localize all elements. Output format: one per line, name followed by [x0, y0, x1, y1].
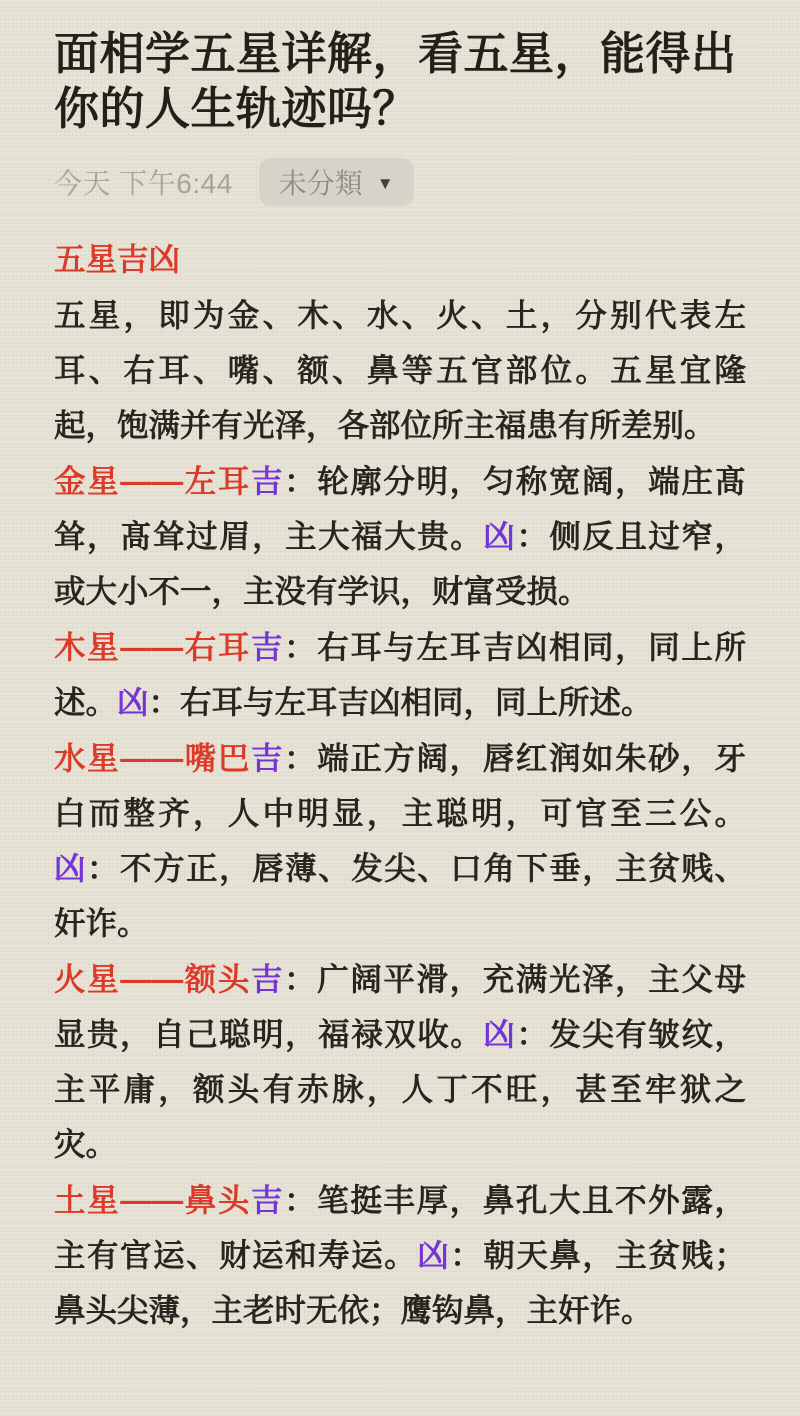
luck-marker: 凶: [117, 684, 149, 720]
star-term: 火星——额头: [54, 961, 251, 997]
section-heading: 五星吉凶: [54, 232, 746, 287]
article-body: 五星，即为金、木、水、火、土，分别代表左耳、右耳、嘴、额、鼻等五官部位。五星宜隆…: [54, 288, 746, 1338]
chevron-down-icon: ▼: [377, 175, 394, 192]
paragraph: 土星——鼻头吉：笔挺丰厚，鼻孔大且不外露，主有官运、财运和寿运。凶：朝天鼻，主贫…: [54, 1173, 746, 1338]
article-content: 五星吉凶 五星，即为金、木、水、火、土，分别代表左耳、右耳、嘴、额、鼻等五官部位…: [54, 232, 746, 1338]
meta-row: 今天 下午6:44 未分類 ▼: [54, 158, 746, 206]
luck-marker: 吉: [251, 1182, 284, 1218]
paragraph: 火星——额头吉：广阔平滑，充满光泽，主父母显贵，自己聪明，福禄双收。凶：发尖有皱…: [54, 952, 746, 1172]
category-dropdown-button[interactable]: 未分類 ▼: [259, 158, 414, 206]
body-text: ：不方正，唇薄、发尖、口角下垂，主贫贱、奸诈。: [54, 850, 746, 941]
star-term: 木星——右耳: [54, 629, 251, 665]
paragraph: 金星——左耳吉：轮廓分明，匀称宽阔，端庄髙耸，髙耸过眉，主大福大贵。凶：侧反且过…: [54, 454, 746, 619]
star-term: 水星——嘴巴: [54, 740, 251, 776]
body-text: 五星，即为金、木、水、火、土，分别代表左耳、右耳、嘴、额、鼻等五官部位。五星宜隆…: [54, 297, 746, 443]
article-page: 面相学五星详解，看五星，能得出你的人生轨迹吗？ 今天 下午6:44 未分類 ▼ …: [0, 0, 800, 1338]
paragraph: 五星，即为金、木、水、火、土，分别代表左耳、右耳、嘴、额、鼻等五官部位。五星宜隆…: [54, 288, 746, 453]
luck-marker: 凶: [483, 518, 516, 554]
paragraph: 水星——嘴巴吉：端正方阔，唇红润如朱砂，牙白而整齐，人中明显，主聪明，可官至三公…: [54, 731, 746, 951]
paragraph: 木星——右耳吉：右耳与左耳吉凶相同，同上所述。凶：右耳与左耳吉凶相同，同上所述。: [54, 620, 746, 730]
star-term: 土星——鼻头: [54, 1182, 251, 1218]
category-label: 未分類: [279, 162, 363, 202]
luck-marker: 吉: [251, 961, 284, 997]
luck-marker: 吉: [251, 629, 284, 665]
timestamp: 今天 下午6:44: [54, 162, 233, 202]
luck-marker: 凶: [417, 1237, 450, 1273]
luck-marker: 凶: [54, 850, 87, 886]
star-term: 金星——左耳: [54, 463, 251, 499]
body-text: ：右耳与左耳吉凶相同，同上所述。: [149, 684, 653, 720]
luck-marker: 吉: [251, 463, 284, 499]
luck-marker: 凶: [483, 1016, 516, 1052]
luck-marker: 吉: [251, 740, 284, 776]
page-title: 面相学五星详解，看五星，能得出你的人生轨迹吗？: [54, 26, 746, 136]
